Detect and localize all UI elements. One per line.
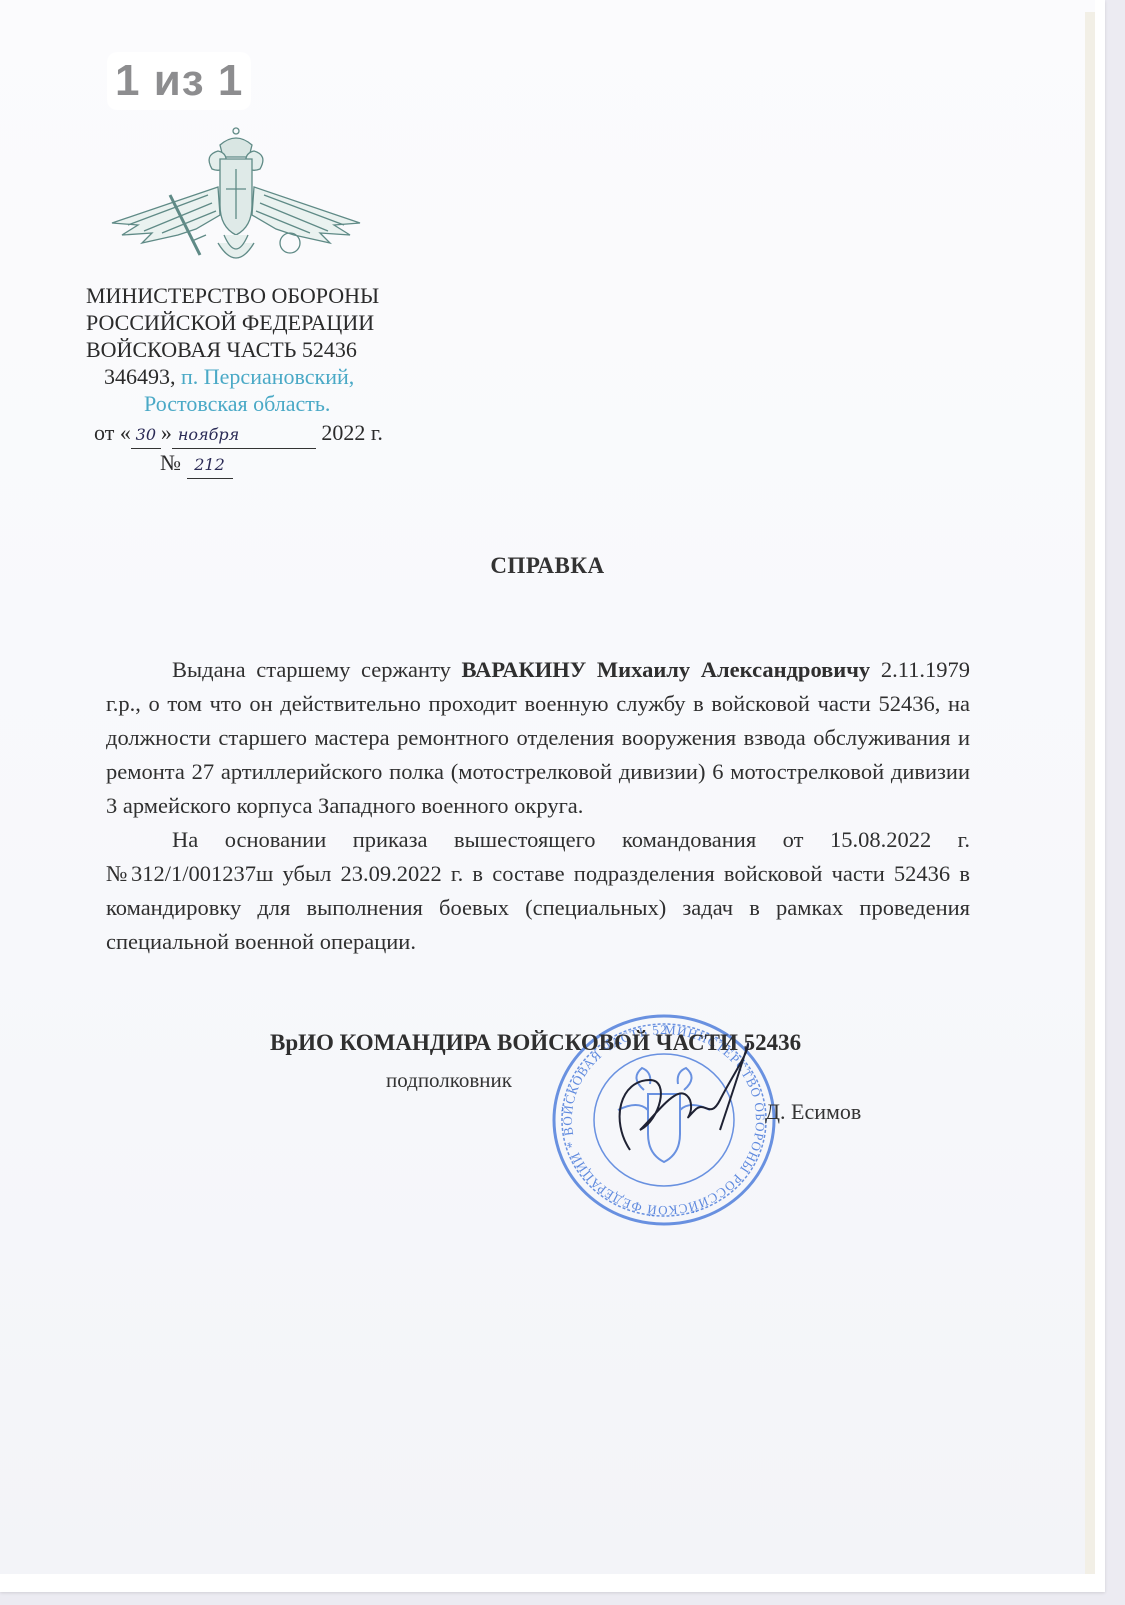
letterhead-unit: ВОЙСКОВАЯ ЧАСТЬ 52436 [86,336,406,363]
emblem-icon [108,125,364,267]
signatory-rank: подполковник [386,1068,512,1093]
document-number: № 212 [86,449,406,479]
paper-edge [1085,12,1095,1574]
paragraph-2: На основании приказа вышестоящего команд… [106,823,970,959]
paragraph-1: Выдана старшему сержанту ВАРАКИНУ Михаил… [106,653,970,823]
signature-icon [600,1040,760,1170]
letterhead: МИНИСТЕРСТВО ОБОРОНЫ РОССИЙСКОЙ ФЕДЕРАЦИ… [86,282,406,479]
letterhead-ministry: МИНИСТЕРСТВО ОБОРОНЫ [86,282,406,309]
document-title: СПРАВКА [0,553,1095,579]
settlement: п. Персиановский, [181,364,354,389]
number-prefix: № [160,450,181,475]
recipient-name: ВАРАКИНУ Михаилу Александровичу [462,657,871,682]
letterhead-address: 346493, п. Персиановский, [86,363,406,390]
date-prefix: от « [94,420,131,445]
document-date: от «30»ноября 2022 г. [86,419,406,449]
page-counter: 1 из 1 [107,52,251,110]
letterhead-region: Ростовская область. [86,390,406,417]
date-mid: » [161,420,172,445]
letterhead-country: РОССИЙСКОЙ ФЕДЕРАЦИИ [86,309,406,336]
postcode: 346493, [104,364,176,389]
date-month: ноября [172,421,316,449]
signatory-name: Д. Есимов [765,1099,861,1125]
date-day: 30 [131,421,161,449]
document-body: Выдана старшему сержанту ВАРАКИНУ Михаил… [106,653,970,959]
paragraph-1-intro: Выдана старшему сержанту [172,657,462,682]
document-viewer: 1 из 1 [0,0,1105,1592]
number-value: 212 [187,451,233,479]
date-year: 2022 г. [321,420,383,445]
document-page: 1 из 1 [0,0,1095,1574]
